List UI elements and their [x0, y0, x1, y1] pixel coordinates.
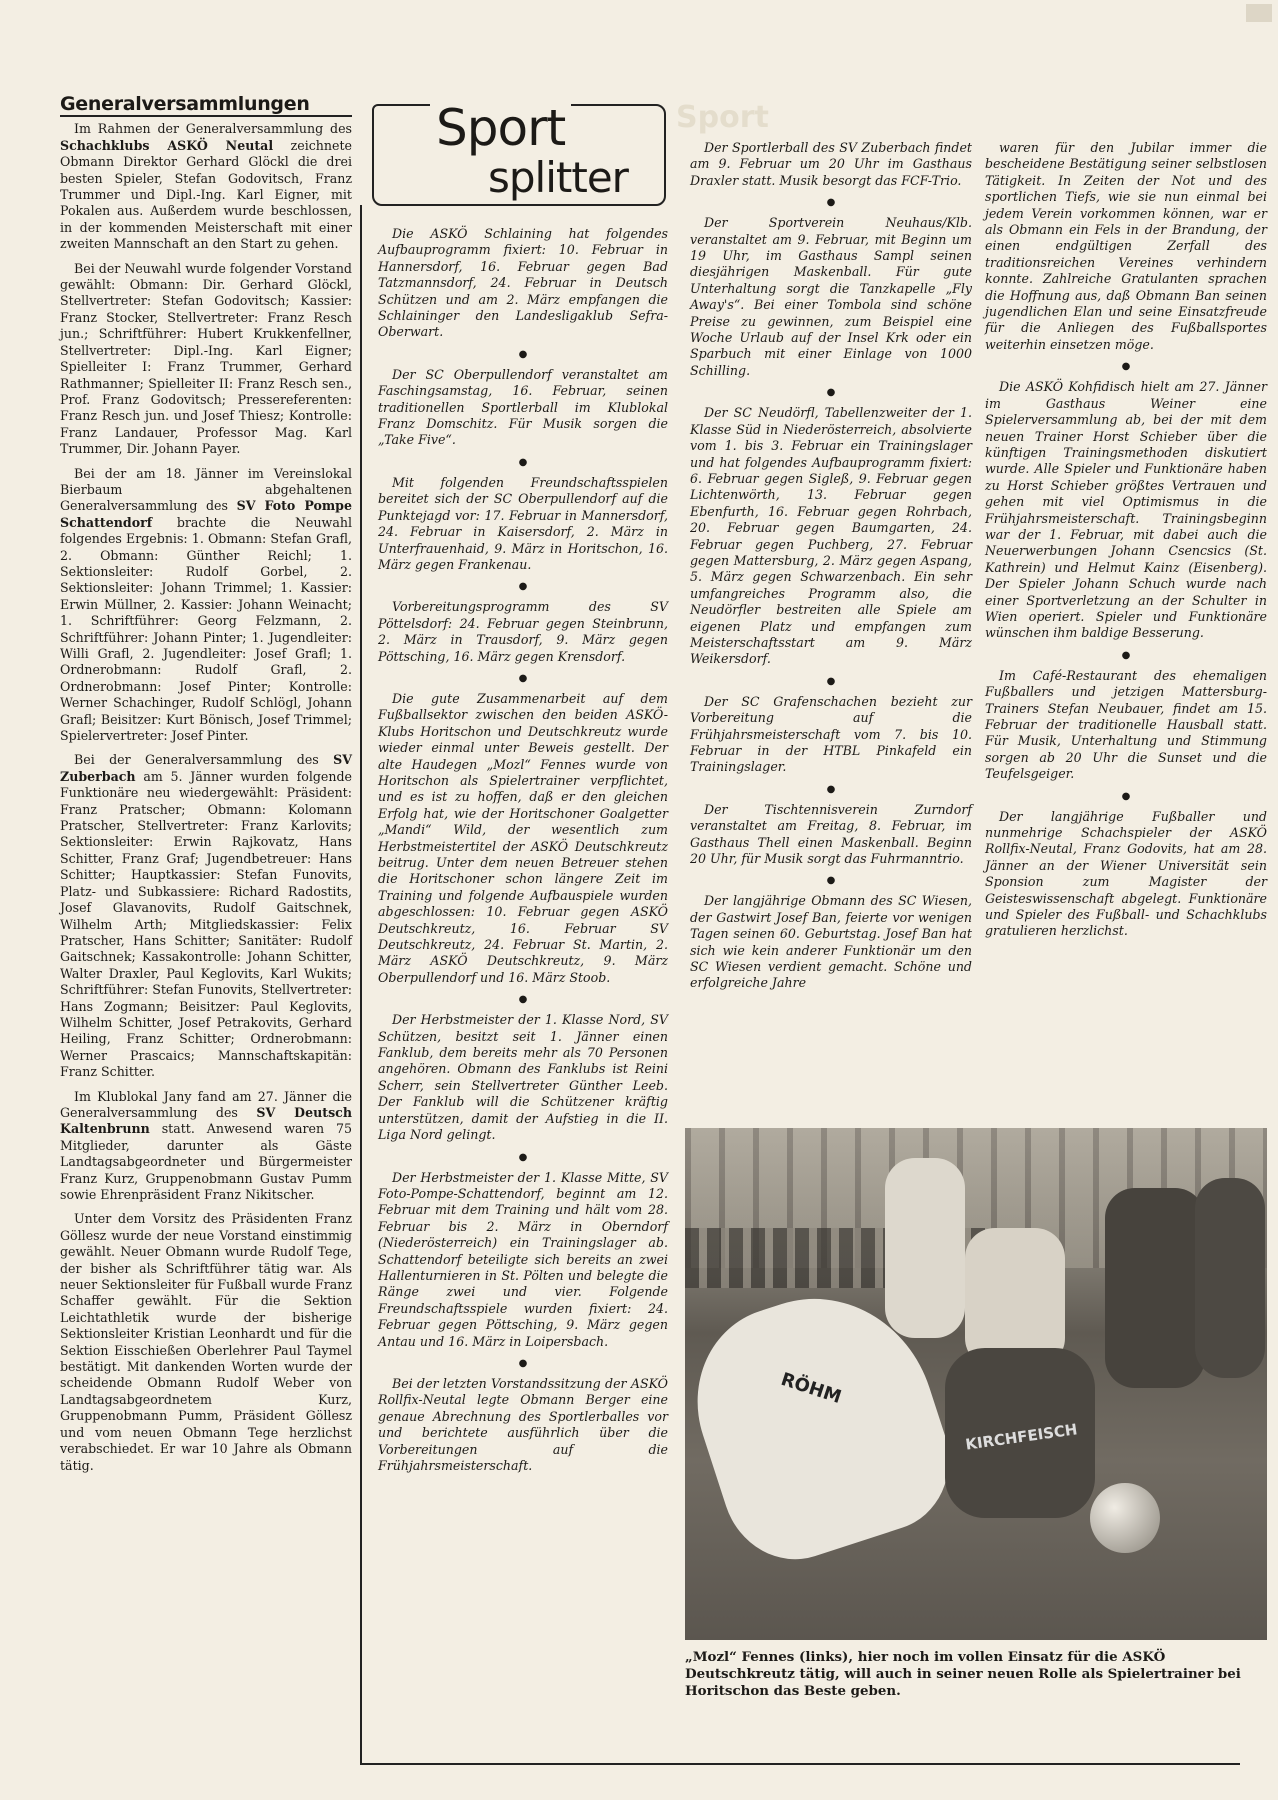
bullet-separator-icon: ●: [985, 791, 1267, 803]
news-item: Der SC Neudörfl, Tabellenzweiter der 1. …: [690, 405, 972, 668]
photo-caption: „Mozl“ Fennes (links), hier noch im voll…: [685, 1649, 1267, 1700]
photo-player-dark-right: [1105, 1188, 1205, 1388]
bullet-separator-icon: ●: [690, 387, 972, 399]
article-paragraph: Bei der Generalversammlung des SV Zuberb…: [60, 752, 352, 1080]
bullet-separator-icon: ●: [690, 676, 972, 688]
bullet-separator-icon: ●: [690, 197, 972, 209]
football-icon: [1090, 1483, 1160, 1553]
news-item: Der Sportlerball des SV Zuberbach findet…: [690, 140, 972, 189]
news-item: Die ASKÖ Kohfidisch hielt am 27. Jänner …: [985, 379, 1267, 642]
bullet-separator-icon: ●: [378, 1152, 668, 1164]
news-item: Der Tischtennisverein Zurndorf veranstal…: [690, 802, 972, 868]
photo-player-white-back: [885, 1158, 965, 1338]
news-item: Der langjährige Obmann des SC Wiesen, de…: [690, 893, 972, 991]
column-divider: [360, 205, 362, 1765]
news-item: Der SC Grafenschachen bezieht zur Vorber…: [690, 694, 972, 776]
bottom-rule: [360, 1763, 1240, 1765]
page-corner-mark: [1246, 4, 1272, 22]
bullet-separator-icon: ●: [378, 457, 668, 469]
generalversammlungen-headline: Generalversammlungen: [60, 96, 352, 117]
article-paragraph: Unter dem Vorsitz des Präsidenten Franz …: [60, 1211, 352, 1474]
photo-player-white-mid: [965, 1228, 1065, 1368]
bullet-separator-icon: ●: [378, 349, 668, 361]
football-match-photo: RÖHM KIRCHFEISCH: [685, 1128, 1267, 1640]
news-item: Vorbereitungsprogramm des SV Pöttelsdorf…: [378, 599, 668, 665]
news-item: Die ASKÖ Schlaining hat folgendes Aufbau…: [378, 226, 668, 341]
article-paragraph: Bei der am 18. Jänner im Vereinslokal Bi…: [60, 466, 352, 745]
bullet-separator-icon: ●: [378, 994, 668, 1006]
ghost-show-through-text: Sport: [676, 100, 976, 140]
news-item: Der Sportverein Neuhaus/Klb. veranstalte…: [690, 215, 972, 379]
sportsplitter-column-4: waren für den Jubilar immer die bescheid…: [985, 140, 1267, 948]
sportsplitter-column-2: Die ASKÖ Schlaining hat folgendes Aufbau…: [378, 226, 668, 1482]
news-item: Der SC Oberpullendorf veranstaltet am Fa…: [378, 367, 668, 449]
news-item: waren für den Jubilar immer die bescheid…: [985, 140, 1267, 353]
bullet-separator-icon: ●: [690, 784, 972, 796]
club-name: Schachklubs ASKÖ Neutal: [60, 138, 273, 153]
bullet-separator-icon: ●: [985, 650, 1267, 662]
news-item: Im Café-Restaurant des ehemaligen Fußbal…: [985, 668, 1267, 783]
news-item: Die gute Zusammenarbeit auf dem Fußballs…: [378, 691, 668, 986]
bullet-separator-icon: ●: [378, 581, 668, 593]
article-paragraph: Im Rahmen der Generalversammlung des Sch…: [60, 121, 352, 252]
news-item: Bei der letzten Vorstandssitzung der ASK…: [378, 1376, 668, 1474]
bullet-separator-icon: ●: [985, 361, 1267, 373]
news-item: Der langjährige Fußballer und nunmehrige…: [985, 809, 1267, 940]
news-item: Der Herbstmeister der 1. Klasse Mitte, S…: [378, 1170, 668, 1350]
sportsplitter-column-3: Der Sportlerball des SV Zuberbach findet…: [690, 140, 972, 1000]
sportsplitter-logo-splitter: splitter: [482, 154, 634, 202]
news-item: Mit folgenden Freundschaftsspielen berei…: [378, 475, 668, 573]
news-item: Der Herbstmeister der 1. Klasse Nord, SV…: [378, 1012, 668, 1143]
article-paragraph: Bei der Neuwahl wurde folgender Vorstand…: [60, 261, 352, 458]
bullet-separator-icon: ●: [690, 875, 972, 887]
generalversammlungen-column: Generalversammlungen Im Rahmen der Gener…: [60, 96, 352, 1482]
sportsplitter-logo-sport: Sport: [430, 100, 571, 156]
newspaper-page: Sport Generalversammlungen Im Rahmen der…: [0, 0, 1278, 1800]
bullet-separator-icon: ●: [378, 673, 668, 685]
article-paragraph: Im Klublokal Jany fand am 27. Jänner die…: [60, 1089, 352, 1204]
generalversammlungen-body: Im Rahmen der Generalversammlung des Sch…: [60, 121, 352, 1474]
bullet-separator-icon: ●: [378, 1358, 668, 1370]
photo-player-dark-far-right: [1195, 1178, 1265, 1378]
